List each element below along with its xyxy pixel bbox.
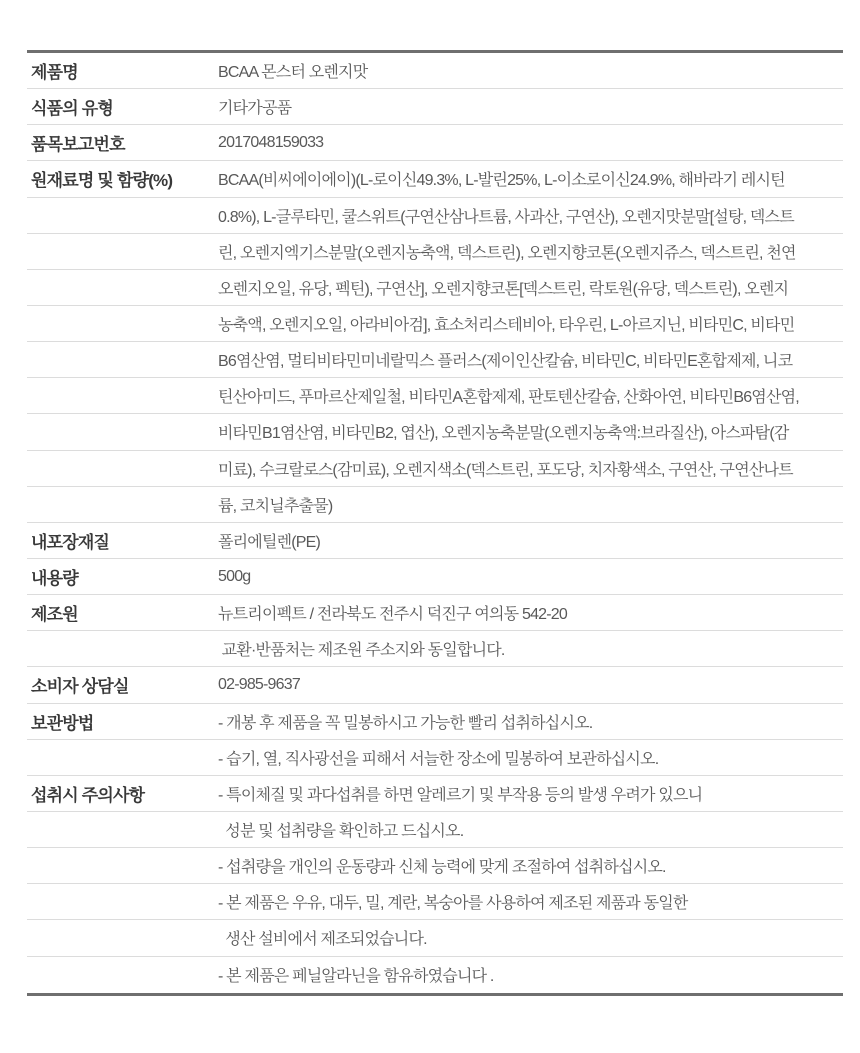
row-value-line: - 본 제품은 페닐알라닌을 함유하였습니다 . [218,963,843,986]
row-value-line: - 습기, 열, 직사광선을 피해서 서늘한 장소에 밀봉하여 보관하십시오. [218,746,843,769]
row-value-line: 비타민B1염산염, 비타민B2, 엽산), 오렌지농축분말(오렌지농축액:브라질… [218,420,843,443]
row-value-line: 교환·반품처는 제조원 주소지와 동일합니다. [218,637,843,660]
row-value-line: 기타가공품 [218,95,843,118]
table-row: - 습기, 열, 직사광선을 피해서 서늘한 장소에 밀봉하여 보관하십시오. [27,740,843,776]
table-row: 소비자 상담실02-985-9637 [27,667,843,703]
table-row: 내용량500g [27,559,843,595]
product-info-table: 제품명BCAA 몬스터 오렌지맛식품의 유형기타가공품품목보고번호2017048… [27,50,843,996]
table-row: 비타민B1염산염, 비타민B2, 엽산), 오렌지농축분말(오렌지농축액:브라질… [27,414,843,450]
table-row: 오렌지오일, 유당, 펙틴), 구연산], 오렌지향코톤[덱스트린, 락토원(유… [27,270,843,306]
row-value-line: 02-985-9637 [218,676,843,694]
row-label: 보관방법 [27,709,218,734]
table-row: 원재료명 및 함량(%)BCAA(비씨에이에이)(L-로이신49.3%, L-발… [27,161,843,197]
table-row: 생산 설비에서 제조되었습니다. [27,920,843,956]
row-label: 품목보고번호 [27,130,218,155]
table-row: 농축액, 오렌지오일, 아라비아검], 효소처리스테비아, 타우린, L-아르지… [27,306,843,342]
row-value-line: 틴산아미드, 푸마르산제일철, 비타민A혼합제제, 판토텐산칼슘, 산화아연, … [218,384,843,407]
row-value-line: 500g [218,568,843,586]
table-row: 품목보고번호2017048159033 [27,125,843,161]
row-value-line: 농축액, 오렌지오일, 아라비아검], 효소처리스테비아, 타우린, L-아르지… [218,312,843,335]
row-value-line: - 개봉 후 제품을 꼭 밀봉하시고 가능한 빨리 섭취하십시오. [218,710,843,733]
row-value-line: 오렌지오일, 유당, 펙틴), 구연산], 오렌지향코톤[덱스트린, 락토원(유… [218,276,843,299]
table-row: 보관방법- 개봉 후 제품을 꼭 밀봉하시고 가능한 빨리 섭취하십시오. [27,704,843,740]
row-value-line: - 섭취량을 개인의 운동량과 신체 능력에 맞게 조절하여 섭취하십시오. [218,854,843,877]
row-value-line: 린, 오렌지엑기스분말(오렌지농축액, 덱스트린), 오렌지향코톤(오렌지쥬스,… [218,240,843,263]
row-value-line: 뉴트리이펙트 / 전라북도 전주시 덕진구 여의동 542-20 [218,601,843,624]
table-row: 성분 및 섭취량을 확인하고 드십시오. [27,812,843,848]
row-value-line: - 본 제품은 우유, 대두, 밀, 계란, 복숭아를 사용하여 제조된 제품과… [218,890,843,913]
table-row: - 섭취량을 개인의 운동량과 신체 능력에 맞게 조절하여 섭취하십시오. [27,848,843,884]
table-row: 제조원뉴트리이펙트 / 전라북도 전주시 덕진구 여의동 542-20 [27,595,843,631]
table-row: B6염산염, 멀티비타민미네랄믹스 플러스(제이인산칼슘, 비타민C, 비타민E… [27,342,843,378]
row-value-line: 륨, 코치닐추출물) [218,493,843,516]
row-label: 내용량 [27,564,218,589]
table-row: 륨, 코치닐추출물) [27,487,843,523]
row-label: 원재료명 및 함량(%) [27,166,218,191]
table-row: 린, 오렌지엑기스분말(오렌지농축액, 덱스트린), 오렌지향코톤(오렌지쥬스,… [27,234,843,270]
table-row: 0.8%), L-글루타민, 쿨스위트(구연산삼나트륨, 사과산, 구연산), … [27,198,843,234]
table-row: 교환·반품처는 제조원 주소지와 동일합니다. [27,631,843,667]
row-label: 소비자 상담실 [27,672,218,697]
row-label: 섭취시 주의사항 [27,781,218,806]
table-row: 내포장재질폴리에틸렌(PE) [27,523,843,559]
table-row: - 본 제품은 우유, 대두, 밀, 계란, 복숭아를 사용하여 제조된 제품과… [27,884,843,920]
table-row: 섭취시 주의사항- 특이체질 및 과다섭취를 하면 알레르기 및 부작용 등의 … [27,776,843,812]
row-value-line: 성분 및 섭취량을 확인하고 드십시오. [218,818,843,841]
row-value-line: 2017048159033 [218,134,843,152]
row-value-line: 미료), 수크랄로스(감미료), 오렌지색소(덱스트린, 포도당, 치자황색소,… [218,457,843,480]
row-value-line: B6염산염, 멀티비타민미네랄믹스 플러스(제이인산칼슘, 비타민C, 비타민E… [218,348,843,371]
table-row: 식품의 유형기타가공품 [27,89,843,125]
row-value-line: 생산 설비에서 제조되었습니다. [218,926,843,949]
row-label: 제품명 [27,58,218,83]
row-value-line: - 특이체질 및 과다섭취를 하면 알레르기 및 부작용 등의 발생 우려가 있… [218,782,843,805]
row-label: 제조원 [27,600,218,625]
row-label: 식품의 유형 [27,94,218,119]
table-row: 미료), 수크랄로스(감미료), 오렌지색소(덱스트린, 포도당, 치자황색소,… [27,451,843,487]
row-value-line: BCAA(비씨에이에이)(L-로이신49.3%, L-발린25%, L-이소로이… [218,167,843,190]
row-value-line: 0.8%), L-글루타민, 쿨스위트(구연산삼나트륨, 사과산, 구연산), … [218,204,843,227]
row-label: 내포장재질 [27,528,218,553]
row-value-line: 폴리에틸렌(PE) [218,529,843,552]
table-row: 제품명BCAA 몬스터 오렌지맛 [27,53,843,89]
row-value-line: BCAA 몬스터 오렌지맛 [218,59,843,82]
table-row: - 본 제품은 페닐알라닌을 함유하였습니다 . [27,957,843,993]
table-row: 틴산아미드, 푸마르산제일철, 비타민A혼합제제, 판토텐산칼슘, 산화아연, … [27,378,843,414]
